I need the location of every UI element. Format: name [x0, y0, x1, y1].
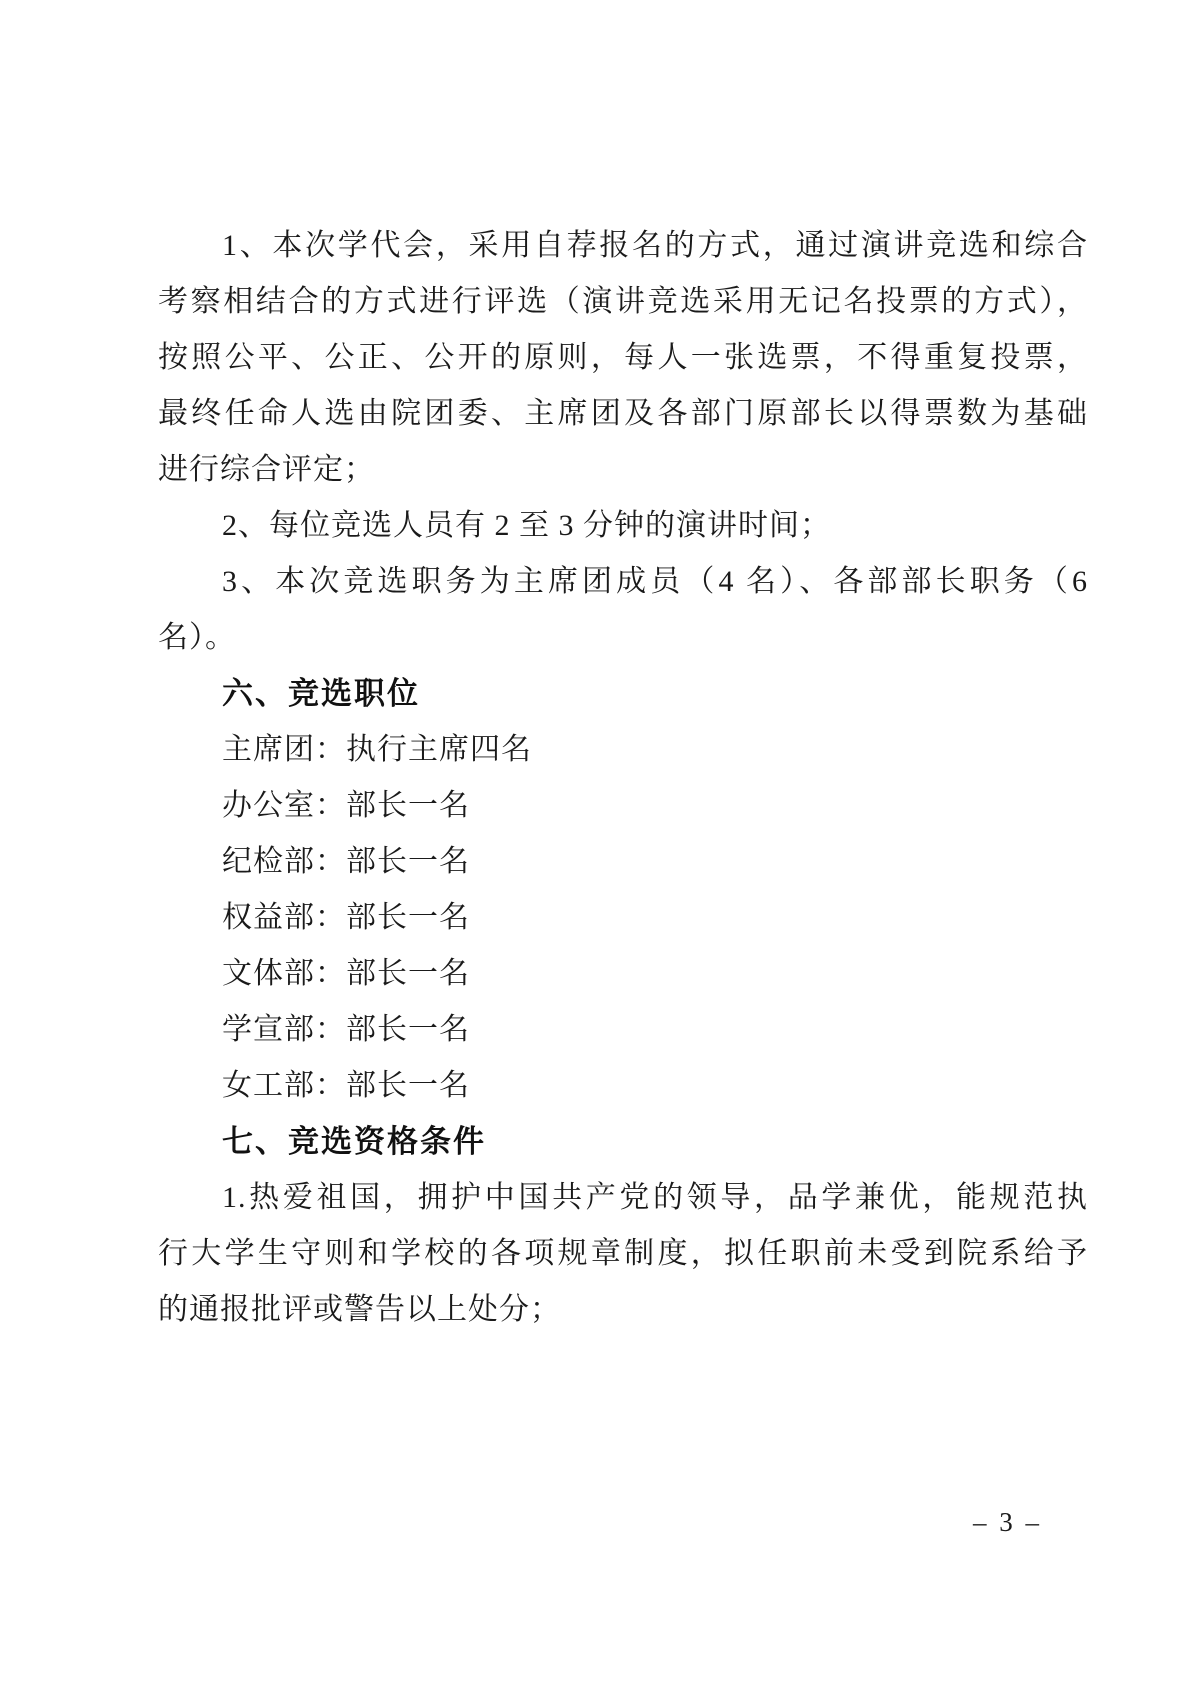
- position-list-item: 办公室：部长一名: [158, 778, 1088, 834]
- paragraph-line: 考察相结合的方式进行评选（演讲竞选采用无记名投票的方式），: [158, 274, 1088, 330]
- position-list-item: 女工部：部长一名: [158, 1058, 1088, 1114]
- paragraph-line: 3、本次竞选职务为主席团成员（4 名）、各部部长职务（6: [158, 554, 1088, 610]
- paragraph-line: 最终任命人选由院团委、主席团及各部门原部长以得票数为基础: [158, 386, 1088, 442]
- position-list-item: 主席团：执行主席四名: [158, 722, 1088, 778]
- document-page: 1、本次学代会，采用自荐报名的方式，通过演讲竞选和综合 考察相结合的方式进行评选…: [0, 0, 1191, 1684]
- paragraph-line: 2、每位竞选人员有 2 至 3 分钟的演讲时间；: [158, 498, 1088, 554]
- position-list-item: 纪检部：部长一名: [158, 834, 1088, 890]
- paragraph-line: 1.热爱祖国，拥护中国共产党的领导，品学兼优，能规范执: [158, 1170, 1088, 1226]
- paragraph-line: 进行综合评定；: [158, 442, 1088, 498]
- position-list-item: 权益部：部长一名: [158, 890, 1088, 946]
- text-content: 1、本次学代会，采用自荐报名的方式，通过演讲竞选和综合 考察相结合的方式进行评选…: [158, 218, 1088, 1338]
- page-number: – 3 –: [158, 1494, 1088, 1550]
- paragraph-line: 1、本次学代会，采用自荐报名的方式，通过演讲竞选和综合: [158, 218, 1088, 274]
- section-heading-positions: 六、竞选职位: [158, 666, 1088, 722]
- paragraph-line: 的通报批评或警告以上处分；: [158, 1282, 1088, 1338]
- position-list-item: 文体部：部长一名: [158, 946, 1088, 1002]
- paragraph-line: 名）。: [158, 610, 1088, 666]
- position-list-item: 学宣部：部长一名: [158, 1002, 1088, 1058]
- paragraph-line: 行大学生守则和学校的各项规章制度，拟任职前未受到院系给予: [158, 1226, 1088, 1282]
- paragraph-line: 按照公平、公正、公开的原则，每人一张选票，不得重复投票，: [158, 330, 1088, 386]
- section-heading-qualifications: 七、竞选资格条件: [158, 1114, 1088, 1170]
